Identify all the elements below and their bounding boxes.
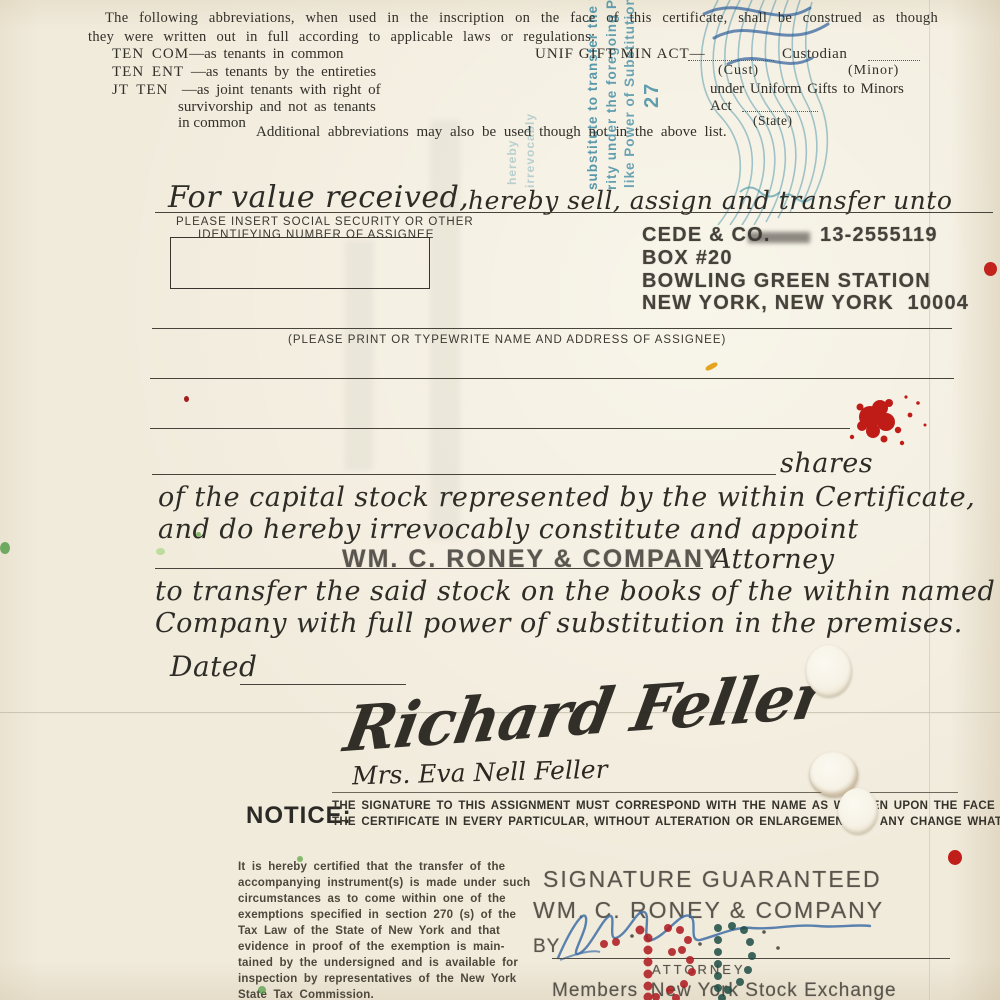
- green-speck: [156, 548, 165, 555]
- perforation-green: [714, 922, 756, 1000]
- green-speck: [297, 856, 303, 862]
- body-line1: of the capital stock represented by the …: [158, 482, 975, 513]
- assignee-stamp-line4: NEW YORK, NEW YORK 10004: [642, 292, 969, 315]
- gift-act-state: (State): [753, 113, 793, 129]
- assignee-line: [152, 328, 952, 329]
- ssn-box: [170, 237, 430, 289]
- intro-line2: they were written out in full according …: [88, 29, 595, 46]
- green-speck: [0, 542, 10, 554]
- attorney-stamp: WM. C. RONEY & COMPANY: [342, 545, 723, 574]
- abbrev-term: TEN ENT: [112, 64, 184, 80]
- abbrev-row: JT TEN —as joint tenants with right of: [112, 82, 381, 99]
- print-note: (PLEASE PRINT OR TYPEWRITE NAME AND ADDR…: [288, 334, 726, 346]
- tax-cert-line: tained by the undersigned and is availab…: [238, 957, 518, 969]
- green-speck: [196, 532, 201, 537]
- perforation-dots: [596, 918, 806, 1000]
- assignment-rule: [155, 212, 993, 213]
- dated-line: [240, 684, 406, 685]
- assignee-stamp-line3: BOWLING GREEN STATION: [642, 270, 931, 293]
- assignee-stamp-number: 13-2555119: [820, 224, 938, 247]
- gift-act-act: Act: [710, 98, 732, 115]
- blue-stamp-fragment: rity under the foregoing Pow: [604, 0, 619, 190]
- dotted-line: [742, 111, 818, 112]
- shares-line: [152, 474, 776, 475]
- intro-line1: The following abbreviations, when used i…: [105, 10, 938, 27]
- red-ink-splatter: [840, 385, 935, 460]
- second-signature: Mrs. Eva Nell Feller: [352, 755, 608, 791]
- gift-act-label: UNIF GIFT MIN ACT—: [535, 46, 706, 63]
- assignee-line: [150, 378, 954, 379]
- blue-stamp-fragment: like Power of Substitution: [622, 0, 637, 188]
- ssn-label1: PLEASE INSERT SOCIAL SECURITY OR OTHER: [176, 216, 474, 228]
- guarantee-title1: SIGNATURE GUARANTEED: [543, 866, 882, 893]
- dotted-line: [688, 60, 774, 61]
- red-speck: [948, 850, 962, 865]
- attorney-label: Attorney: [712, 544, 835, 575]
- green-speck: [258, 986, 266, 994]
- tax-cert-line: inspection by representatives of the New…: [238, 973, 516, 985]
- stock-certificate-back: hereby irrevocably substitute to transfe…: [0, 0, 1000, 1000]
- wax-blob: [838, 788, 878, 834]
- abbrev-jt-cont1: survivorship and not as tenants: [178, 99, 376, 116]
- body-line2: and do hereby irrevocably constitute and…: [158, 514, 859, 545]
- gift-act-cust: (Cust): [718, 63, 759, 79]
- transfer-unto-text: hereby sell, assign and transfer unto: [468, 186, 952, 215]
- abbrev-term: TEN COM: [112, 46, 189, 62]
- tax-cert-line: circumstances as to come within one of t…: [238, 893, 506, 905]
- abbrev-def: —as tenants in common: [189, 46, 343, 62]
- notice-line1: THE SIGNATURE TO THIS ASSIGNMENT MUST CO…: [332, 800, 1000, 812]
- assignee-stamp-line2: BOX #20: [642, 247, 733, 270]
- abbrev-term: JT TEN: [112, 82, 168, 98]
- abbrev-def: —as tenants by the entireties: [191, 64, 376, 80]
- wax-blob: [806, 645, 852, 697]
- body-line3: to transfer the said stock on the books …: [155, 576, 995, 607]
- body-line4: Company with full power of substitution …: [155, 608, 963, 639]
- abbrev-row: TEN COM—as tenants in common: [112, 46, 344, 63]
- dotted-line: [868, 60, 920, 61]
- perforation-red: [600, 924, 696, 1000]
- dated-label: Dated: [170, 650, 257, 683]
- gift-act-custodian: Custodian: [782, 46, 847, 63]
- notice-line2: THE CERTIFICATE IN EVERY PARTICULAR, WIT…: [332, 816, 1000, 828]
- abbrev-row: TEN ENT —as tenants by the entireties: [112, 64, 376, 81]
- yellow-speck: [705, 361, 719, 372]
- abbrev-jt-cont2: in common: [178, 115, 246, 132]
- red-speck: [184, 396, 189, 402]
- blue-stamp-fragment: hereby: [505, 140, 519, 185]
- tax-cert-line: exemptions specified in section 270 (s) …: [238, 909, 516, 921]
- tax-cert-line: It is hereby certified that the transfer…: [238, 861, 505, 873]
- abbrev-def: —as joint tenants with right of: [182, 82, 381, 98]
- assignee-line: [150, 428, 850, 429]
- gift-act-minor: (Minor): [848, 63, 899, 79]
- gift-act-under: under Uniform Gifts to Minors: [710, 81, 904, 98]
- abbrev-additional: Additional abbreviations may also be use…: [256, 124, 727, 141]
- tax-cert-line: Tax Law of the State of New York and tha…: [238, 925, 500, 937]
- stamp-smudge: [748, 232, 810, 243]
- red-speck: [984, 262, 997, 276]
- blue-date-stamp: 27: [641, 82, 664, 108]
- tax-cert-line: evidence in proof of the exemption is ma…: [238, 941, 505, 953]
- for-value-received: For value received,: [168, 180, 469, 215]
- tax-cert-line: accompanying instrument(s) is made under…: [238, 877, 530, 889]
- perforation-black: [630, 930, 780, 950]
- owner-signature: Richard Feller: [339, 659, 832, 767]
